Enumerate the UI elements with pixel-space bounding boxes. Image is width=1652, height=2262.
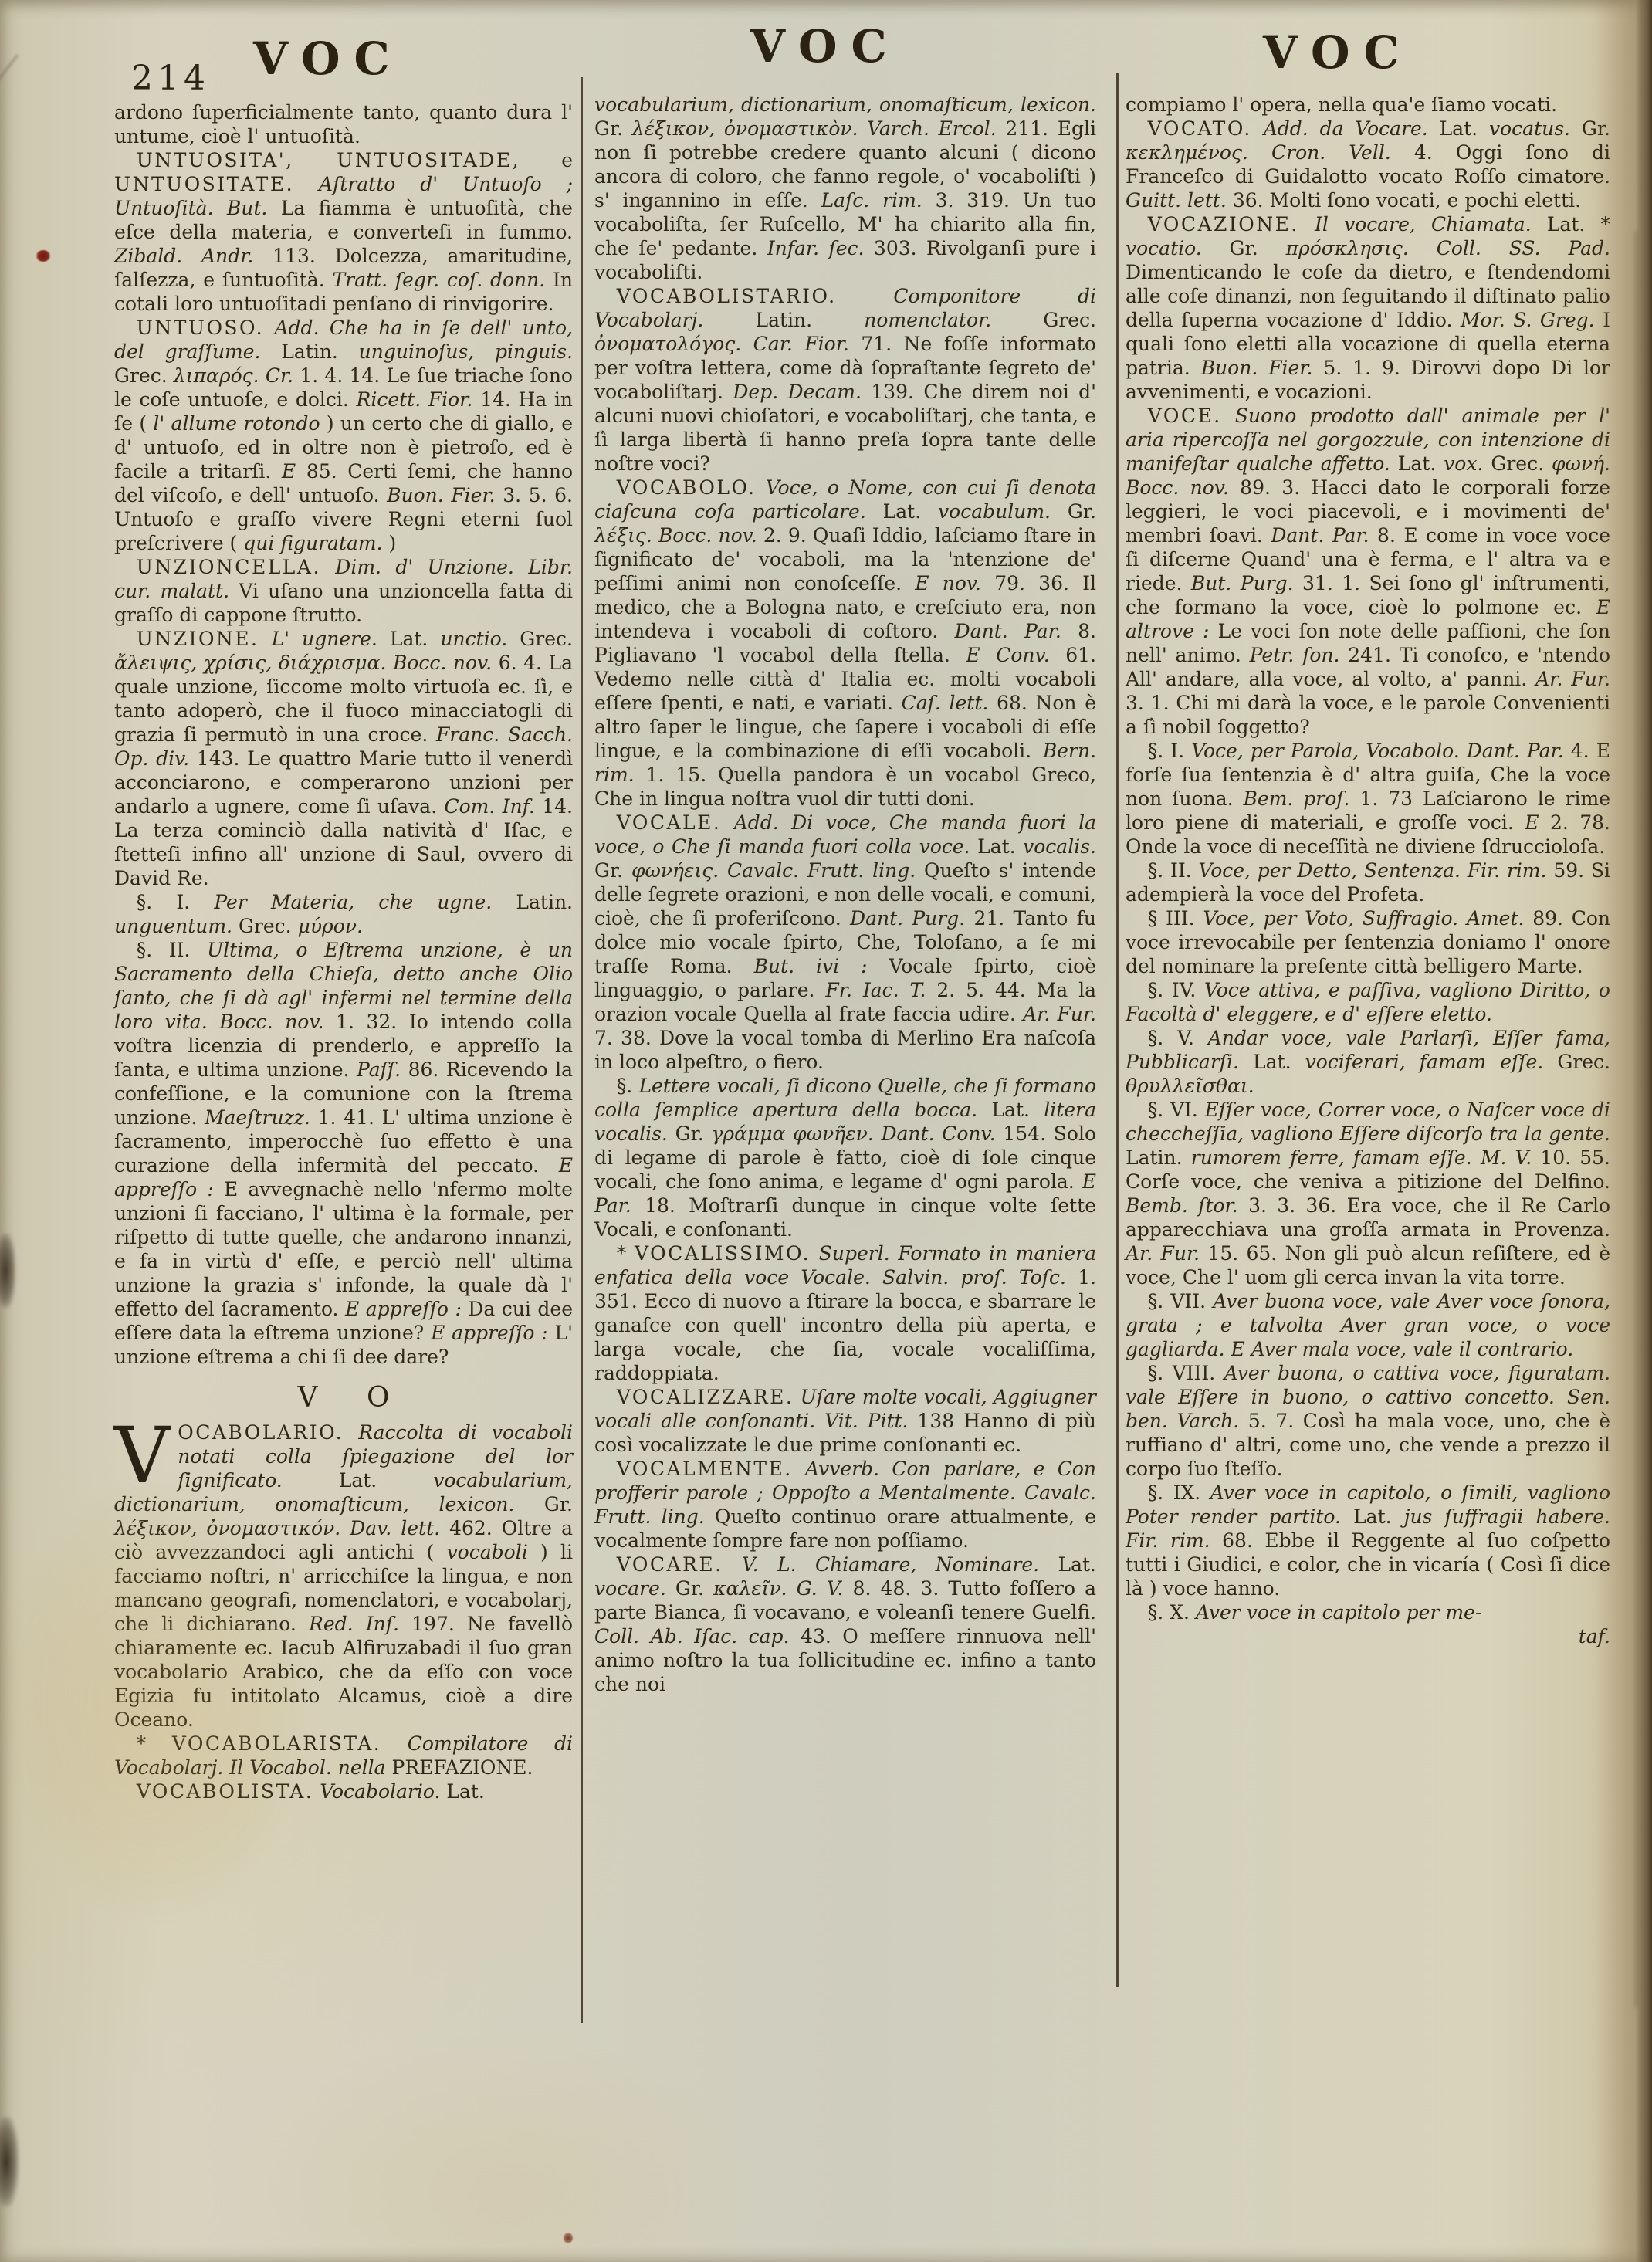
text-segment: Cr. — [266, 364, 293, 387]
text-segment: Gr. — [594, 117, 632, 140]
entry-voce-par-5: §. V. Andar voce, vale Parlarſi, Eſſer f… — [1126, 1026, 1610, 1098]
text-segment: PREFAZIONE. — [386, 1756, 533, 1779]
entry-voce-par-10: §. X. Aver voce in capitolo per me- — [1126, 1600, 1610, 1624]
text-segment: Mor. S. Greg. — [1461, 309, 1595, 331]
text-segment — [874, 1123, 882, 1145]
text-segment — [719, 859, 727, 882]
text-segment: Grec. — [991, 309, 1096, 331]
entry-voce-par-1: §. I. Voce, per Parola, Vocabolo. Dant. … — [1126, 739, 1610, 858]
entry-vocale: VOCALE. Add. Di voce, Che manda fuori la… — [594, 811, 1096, 1074]
text-segment: Zibald. Andr. — [114, 245, 253, 267]
text-segment: vocare. — [594, 1577, 666, 1600]
text-segment: Gr. — [668, 1123, 712, 1145]
text-segment: Gr. — [1202, 237, 1286, 259]
text-segment: λέξικον, ὀνομαστικόν. — [114, 1517, 340, 1539]
text-segment: VOCABOLO. — [617, 476, 757, 499]
text-segment: Lat. — [283, 1469, 433, 1492]
text-segment: 1. 15. Quella pandora è un vocabol Greco… — [594, 764, 1096, 810]
text-segment: Paſſ. — [357, 1058, 401, 1081]
entry-unzione: UNZIONE. L' ugnere. Lat. unctio. Grec. ἄ… — [114, 627, 573, 890]
entry-vocabolistario: VOCABOLISTARIO. Componitore di Vocabolar… — [594, 284, 1096, 476]
text-segment: §. IX. — [1148, 1481, 1210, 1504]
text-segment: Coll. Ab. Iſac. cap. — [594, 1625, 790, 1647]
text-segment: Bem. proſ. — [1244, 787, 1350, 810]
text-segment: γράμμα φωνῆεν. — [711, 1123, 873, 1145]
text-column-middle: vocabularium, dictionarium, onomaſticum,… — [594, 93, 1096, 1696]
text-segment: μύρον. — [298, 915, 363, 937]
text-segment: Gr. — [1051, 500, 1096, 523]
text-segment: unctio. — [440, 628, 507, 650]
text-segment — [386, 652, 393, 674]
text-segment: But. Purg. — [1191, 572, 1294, 594]
text-segment: Cavalc. Frutt. ling. — [727, 859, 916, 882]
text-segment: jus ſuffragii habere. — [1404, 1505, 1610, 1528]
text-segment: κεκλημένος. — [1126, 141, 1248, 164]
text-segment: Cron. Vell. — [1271, 141, 1391, 164]
catchword: taf. — [1126, 1624, 1610, 1648]
entry-untuosita: UNTUOSITA', UNTUOSITADE, e UNTUOSITATE. … — [114, 148, 573, 316]
text-segment: λέξικον, ὀνομαστικὸν. — [632, 117, 858, 140]
text-segment: E appreſſo : — [345, 1298, 462, 1320]
text-segment: Per Materia, che ugne. — [214, 891, 492, 913]
text-segment: Ar. Fur. — [1126, 1242, 1200, 1265]
red-ink-spot — [36, 250, 51, 262]
entry-vocabolo: VOCABOLO. Voce, o Nome, con cui ſi denot… — [594, 476, 1096, 811]
text-segment: VOCABOLISTA. — [137, 1780, 314, 1803]
text-segment: unguinoſus, pinguis. — [359, 340, 573, 363]
text-segment: Voce, per Voto, Suffragio. Amet. — [1203, 907, 1524, 930]
paper-crease — [0, 54, 19, 250]
text-segment: OCABOLARIO. — [178, 1421, 344, 1444]
text-segment: §. IV. — [1148, 979, 1204, 1001]
entry-voce-par-6: §. VI. Eſſer voce, Correr voce, o Naſcer… — [1126, 1098, 1610, 1289]
text-segment: Bocc. nov. — [658, 524, 757, 547]
text-segment — [1222, 405, 1235, 427]
text-segment: ) — [383, 532, 397, 554]
text-segment: VOCALMENTE. — [617, 1458, 793, 1480]
text-segment — [340, 1517, 350, 1539]
text-segment: VOCATO. — [1148, 117, 1252, 140]
text-segment: VOCABOLISTARIO. — [617, 285, 837, 307]
text-segment: e — [520, 149, 573, 171]
text-segment: V. L. Chiamare, Nominare. — [742, 1553, 1039, 1576]
entry-lettere-vocali: §. Lettere vocali, ſi dicono Quelle, che… — [594, 1074, 1096, 1241]
text-segment: 18. Moſtrarſi dunque in cinque volte ſet… — [594, 1194, 1096, 1241]
text-segment: Latin. — [1126, 1146, 1191, 1169]
text-segment: vocalis. — [1023, 835, 1096, 858]
text-segment: compiamo l' opera, nella qua'e ſiamo voc… — [1126, 93, 1557, 116]
text-segment: θρυλλεῖσθαι. — [1126, 1075, 1254, 1097]
text-segment: E — [1525, 811, 1539, 834]
text-segment: Red. Inſ. — [309, 1613, 399, 1635]
text-segment: Grec. — [114, 364, 174, 387]
text-segment: VOCARE. — [617, 1553, 723, 1576]
text-segment: Ricett. Fior. — [357, 388, 473, 411]
entry-unzione-par-2: §. II. Ultima, o Eſtrema unzione, è un S… — [114, 938, 573, 1369]
entry-voce-par-8: §. VIII. Aver buona, o cattiva voce, fig… — [1126, 1361, 1610, 1481]
text-segment: Fr. Iac. T. — [825, 979, 926, 1001]
entry-voce-par-4: §. IV. Voce attiva, e paſſiva, vagliono … — [1126, 978, 1610, 1026]
text-segment: E — [282, 460, 296, 483]
text-segment: Lat. — [1428, 117, 1489, 140]
paper-speck — [564, 2233, 573, 2243]
text-segment: Il vocare, Chiamata. — [1315, 213, 1532, 235]
text-segment — [264, 317, 274, 339]
text-segment: πρόσκλησις. — [1286, 237, 1409, 259]
text-segment: Laſc. rim. — [821, 189, 922, 212]
scanned-dictionary-page: 214 VOC VOC VOC ardono ſuperficialmente … — [0, 0, 1652, 2262]
text-segment: Dant. Par. — [1271, 524, 1369, 547]
text-segment: Latin. — [492, 891, 573, 913]
left-edge-smudge — [0, 2117, 19, 2206]
text-segment: Gr. — [666, 1577, 713, 1600]
text-segment: Voce, per Detto, Sentenza. Fir. rim. — [1198, 859, 1546, 882]
text-segment: ἄλειψις, χρίσις, διάχρισμα. — [114, 652, 386, 674]
text-segment: Bemb. ſtor. — [1126, 1194, 1238, 1217]
text-segment: But. ivi : — [754, 955, 868, 977]
text-segment: Tratt. ſegr. coſ. donn. — [332, 269, 545, 291]
text-segment — [756, 476, 765, 499]
entry-voce-par-2: §. II. Voce, per Detto, Sentenza. Fir. r… — [1126, 858, 1610, 906]
text-segment: ardono ſuperficialmente tanto, quanto du… — [114, 101, 573, 147]
text-segment: Caſ. lett. — [902, 692, 989, 714]
text-segment: vociferari, famam eſſe. — [1305, 1051, 1544, 1073]
text-segment: §. V. — [1148, 1027, 1208, 1049]
text-segment: 3. 1. Chi mi darà la voce, e le parole C… — [1126, 692, 1610, 738]
text-segment: Com. Inf. — [444, 795, 534, 818]
text-segment — [721, 811, 733, 834]
text-segment: Gr. — [514, 1493, 573, 1515]
text-segment: VOCALE. — [617, 811, 722, 834]
entry-vocabolarista: * VOCABOLARISTA. Compilatore di Vocabola… — [114, 1732, 573, 1779]
text-segment — [723, 1553, 742, 1576]
text-segment — [1472, 1146, 1481, 1169]
text-segment: 36. Molti ſono vocati, e pochi eletti. — [1227, 189, 1581, 212]
left-edge-smudge — [0, 1234, 15, 1308]
text-segment — [858, 117, 868, 140]
text-segment: Voce, per Parola, Vocabolo. Dant. Par. — [1191, 740, 1563, 762]
text-segment: l' allume rotondo — [153, 412, 320, 435]
column-divider-rule-right — [1116, 73, 1119, 1987]
text-segment — [741, 333, 753, 355]
text-segment: Lat. — [377, 628, 441, 650]
text-segment — [1248, 141, 1271, 164]
entry-unzioncella: UNZIONCELLA. Dim. d' Unzione. Libr. cur.… — [114, 555, 573, 627]
text-segment: Lat. — [970, 835, 1024, 858]
text-segment — [1252, 117, 1264, 140]
text-segment: VOCE. — [1148, 405, 1222, 427]
text-segment: Latin. — [703, 309, 864, 331]
text-segment: §. II. — [137, 939, 207, 961]
text-segment: VOCAZIONE. — [1148, 213, 1299, 235]
paragraph-continuation: compiamo l' opera, nella qua'e ſiamo voc… — [1126, 93, 1610, 117]
text-segment: UNZIONCELLA. — [137, 556, 321, 578]
entry-vocalizzare: VOCALIZZARE. Uſare molte vocali, Aggiugn… — [594, 1385, 1096, 1457]
entry-vocalmente: VOCALMENTE. Avverb. Con parlare, e Con p… — [594, 1457, 1096, 1553]
text-segment: Car. Fior. — [753, 333, 849, 355]
entry-untuoso: UNTUOSO. Add. Che ha in ſe dell' unto, d… — [114, 316, 573, 555]
text-column-right: compiamo l' opera, nella qua'e ſiamo voc… — [1126, 93, 1610, 1648]
text-segment: 7. 38. Dove la vocal tomba di Merlino Er… — [594, 1027, 1096, 1073]
text-segment: UNTUOSO. — [137, 317, 264, 339]
text-segment — [1299, 213, 1315, 235]
text-segment: §. II. — [1148, 859, 1199, 882]
drop-cap-initial: V — [114, 1421, 178, 1487]
text-segment: vox. — [1444, 452, 1483, 475]
text-segment: Dant. Conv. — [881, 1123, 995, 1145]
text-segment: Coll. SS. Pad. — [1437, 237, 1610, 259]
text-segment — [381, 1732, 408, 1755]
text-segment: Fir. rim. — [1126, 1529, 1210, 1552]
text-segment: G. V. — [797, 1577, 844, 1600]
text-segment: §. I. — [1148, 740, 1192, 762]
text-segment: Gr. — [594, 859, 631, 882]
entry-voce-par-9: §. IX. Aver voce in capitolo, o ſimili, … — [1126, 1481, 1610, 1600]
text-segment: Buon. Fier. — [387, 484, 495, 506]
entry-voce-par-7: §. VII. Aver buona voce, vale Aver voce … — [1126, 1289, 1610, 1361]
text-segment: Maeſtruzz. — [205, 1106, 310, 1129]
text-segment: Bocc. nov. — [1126, 476, 1229, 499]
text-segment: Lat. — [1239, 1051, 1305, 1073]
text-column-left: ardono ſuperficialmente tanto, quanto du… — [114, 100, 573, 1803]
text-segment: vocatio. — [1126, 237, 1202, 259]
entry-vocare: VOCARE. V. L. Chiamare, Nominare. Lat. v… — [594, 1553, 1096, 1696]
text-segment: Dant. Purg. — [850, 907, 965, 930]
text-segment: Ar. Fur. — [1023, 1003, 1096, 1025]
text-segment — [321, 556, 335, 578]
text-segment: Lat. — [866, 500, 938, 523]
entry-vocato: VOCATO. Add. da Vocare. Lat. vocatus. Gr… — [1126, 117, 1610, 212]
text-segment: Dav. lett. — [350, 1517, 440, 1539]
text-segment: Vocabolario. — [320, 1780, 440, 1803]
text-segment — [793, 1458, 805, 1480]
text-segment: vocabulum. — [938, 500, 1051, 523]
entry-unzione-par-1: §. I. Per Materia, che ugne. Latin. ungu… — [114, 890, 573, 938]
text-segment: Infar. ſec. — [767, 237, 865, 259]
text-segment: φωνήεις. — [631, 859, 719, 882]
text-segment: λιπαρός. — [174, 364, 259, 387]
text-segment — [787, 1577, 797, 1600]
entry-voce-par-3: § III. Voce, per Voto, Suffragio. Amet. … — [1126, 906, 1610, 978]
text-segment: vocatus. — [1489, 117, 1570, 140]
text-segment: VOCABOLARISTA. — [172, 1732, 381, 1755]
page-number: 214 — [131, 59, 210, 98]
column-divider-rule-left — [581, 77, 583, 2023]
text-segment: nomenclator. — [864, 309, 991, 331]
text-segment: unguentum. — [114, 915, 232, 937]
text-segment: * — [137, 1732, 172, 1755]
text-segment: Latin. — [261, 340, 359, 363]
text-segment: Bocc. nov. — [393, 652, 492, 674]
text-segment: ὀνοματολόγος. — [594, 333, 741, 355]
text-segment: Lat. — [1390, 452, 1444, 475]
text-segment: §. I. — [137, 891, 215, 913]
text-segment: E appreſſo : — [431, 1322, 548, 1344]
text-segment: UNTUOSITA', UNTUOSITADE, — [137, 149, 520, 171]
text-segment: §. VIII. — [1148, 1362, 1224, 1384]
text-segment: E Conv. — [966, 644, 1049, 666]
text-segment — [837, 285, 894, 307]
text-segment: §. — [617, 1075, 639, 1097]
text-segment: UNTUOSITATE. — [114, 173, 294, 195]
text-segment: Lat. — [1341, 1505, 1404, 1528]
text-segment: Lat. — [1039, 1553, 1096, 1576]
text-segment: * — [617, 1242, 635, 1265]
paragraph-continuation: ardono ſuperficialmente tanto, quanto du… — [114, 100, 573, 148]
text-segment: Varch. Ercol. — [867, 117, 997, 140]
text-segment: § III. — [1148, 907, 1203, 930]
text-segment: καλεῖν. — [713, 1577, 787, 1600]
page-edge-shadow — [1596, 0, 1652, 2262]
text-segment: vocaboli — [447, 1541, 528, 1563]
text-segment: Grec. — [232, 915, 298, 937]
text-segment: E nov. — [915, 572, 981, 594]
text-segment: λέξις. — [594, 524, 652, 547]
text-segment — [259, 628, 272, 650]
text-segment: Buon. Fier. — [1201, 357, 1313, 379]
text-segment: Lat. — [977, 1099, 1044, 1121]
text-segment: VOCALIZZARE. — [617, 1386, 794, 1408]
running-head-voc-middle: VOC — [750, 20, 901, 73]
text-segment: §. VII. — [1148, 1290, 1213, 1312]
text-segment: Dant. Par. — [955, 620, 1061, 642]
paragraph-continuation: vocabularium, dictionarium, onomaſticum,… — [594, 93, 1096, 284]
text-segment: §. VI. — [1148, 1099, 1205, 1121]
text-segment: vocabularium, dictionarium, onomaſticum,… — [594, 93, 1096, 116]
text-segment — [344, 1421, 358, 1444]
text-segment: Guitt. lett. — [1126, 189, 1227, 212]
text-segment: rumorem ferre, famam eſſe. — [1191, 1146, 1472, 1169]
text-segment: Petr. ſon. — [1250, 644, 1340, 666]
entry-vocabolario: VOCABOLARIO. Raccolta di vocaboli notati… — [114, 1421, 573, 1732]
text-segment: Lat. — [440, 1780, 484, 1803]
running-head-voc-right: VOC — [1263, 26, 1413, 79]
text-segment — [1409, 237, 1437, 259]
entry-vocalissimo: * VOCALISSIMO. Superl. Formato in manier… — [594, 1241, 1096, 1385]
text-segment: qui figuratam. — [243, 532, 382, 554]
text-segment — [294, 173, 319, 195]
text-segment: VOCALISSIMO. — [635, 1242, 811, 1265]
text-segment: Dep. Decam. — [733, 381, 862, 403]
section-heading: V O — [114, 1386, 573, 1410]
text-segment: Grec. — [507, 628, 573, 650]
text-segment: Aver voce in capitolo per me- — [1196, 1601, 1481, 1624]
text-segment: L' ugnere. — [272, 628, 377, 650]
text-segment: Grec. — [1483, 452, 1552, 475]
text-segment: M. V. — [1481, 1146, 1532, 1169]
entry-vocabolista: VOCABOLISTA. Vocabolario. Lat. — [114, 1779, 573, 1803]
text-segment — [652, 524, 658, 547]
text-segment — [811, 1242, 819, 1265]
text-segment: Add. da Vocare. — [1264, 117, 1428, 140]
entry-vocazione: VOCAZIONE. Il vocare, Chiamata. Lat. * v… — [1126, 212, 1610, 404]
text-segment — [794, 1386, 800, 1408]
text-segment — [259, 364, 266, 387]
running-head-voc-left: VOC — [253, 32, 404, 85]
text-segment: §. X. — [1148, 1601, 1196, 1624]
text-segment: UNZIONE. — [137, 628, 259, 650]
entry-voce: VOCE. Suono prodotto dall' animale per l… — [1126, 404, 1610, 739]
